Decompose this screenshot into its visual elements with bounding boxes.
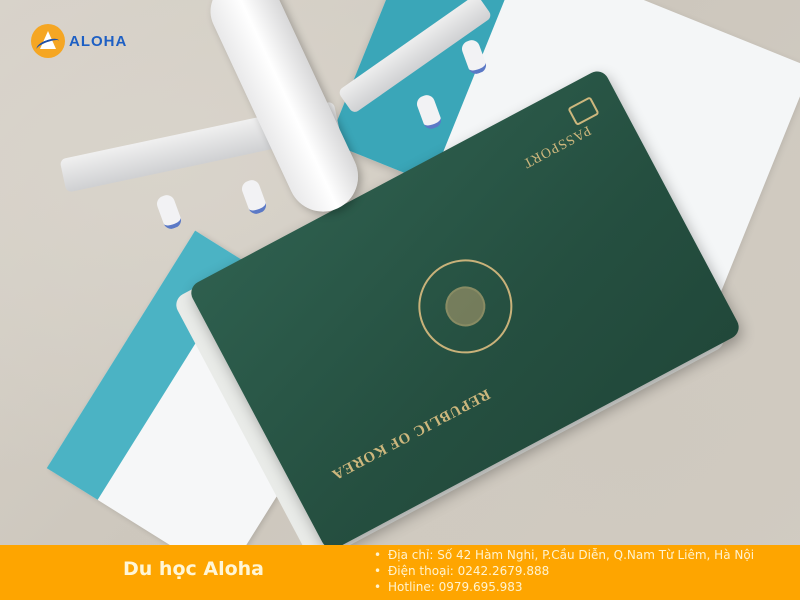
national-emblem-icon [402, 243, 529, 370]
airplane-engine-icon [155, 193, 184, 231]
passport-country: REPUBLIC OF KOREA [328, 385, 493, 483]
phone-item[interactable]: Điện thoại: 0242.2679.888 [372, 563, 754, 579]
address-item: Địa chỉ: Số 42 Hàm Nghi, P.Cầu Diễn, Q.N… [372, 547, 754, 563]
hotline-item[interactable]: Hotline: 0979.695.983 [372, 579, 754, 595]
hero-photo: PASSPORT REPUBLIC OF KOREA ALOHA [0, 0, 800, 545]
contact-list: Địa chỉ: Số 42 Hàm Nghi, P.Cầu Diễn, Q.N… [372, 547, 754, 595]
logo-text: ALOHA [69, 33, 127, 50]
footer-title: Du học Aloha [123, 558, 264, 580]
airplane-engine-icon [240, 178, 269, 216]
passport-label: PASSPORT [519, 121, 593, 170]
contact-footer: Du học Aloha Địa chỉ: Số 42 Hàm Nghi, P.… [0, 545, 800, 600]
aloha-a-plane-icon [31, 24, 65, 58]
aloha-logo[interactable]: ALOHA [31, 24, 127, 58]
